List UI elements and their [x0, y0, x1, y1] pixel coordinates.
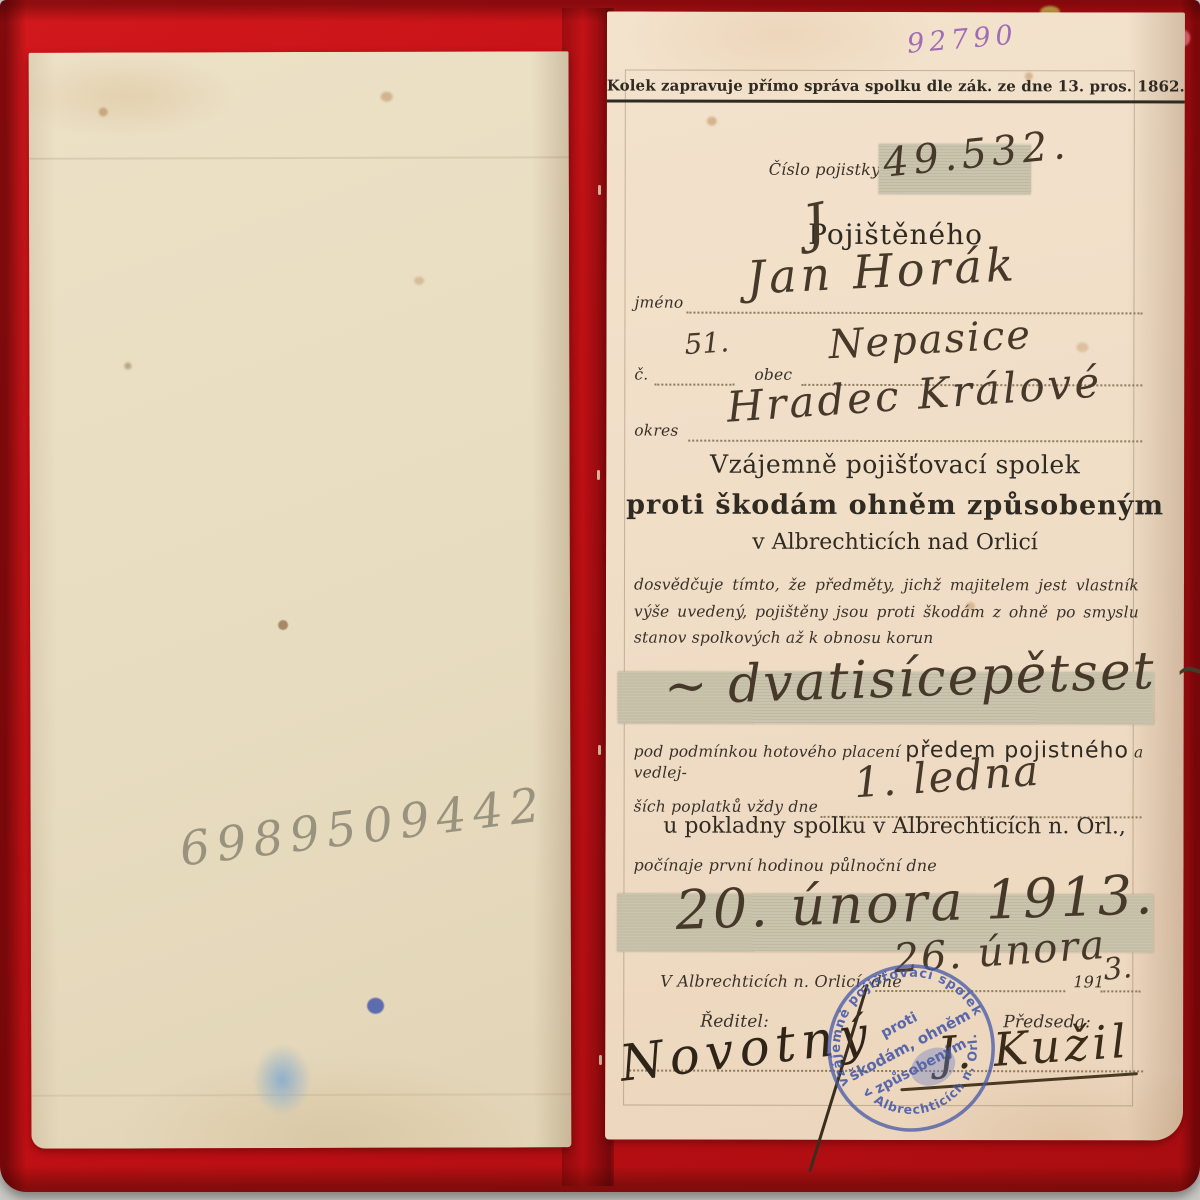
ink-stain-small — [367, 998, 384, 1014]
left-endpaper-page: 6989509442 — [29, 51, 572, 1148]
paper-crease — [29, 156, 569, 159]
foxing-stain — [1025, 72, 1033, 80]
obec-value: Nepasice — [828, 315, 1033, 365]
purple-number: 92790 — [906, 21, 1019, 57]
cashier-line: u pokladny spolku v Albrechticích n. Orl… — [606, 813, 1184, 839]
amount-row: ~ dvatisícepětset ~ — [606, 659, 1184, 732]
jmeno-value: Jan Horák — [746, 241, 1019, 301]
foxing-stain — [124, 362, 131, 369]
c-value: 51. — [684, 328, 730, 359]
binding-stitch — [599, 1055, 602, 1065]
foxing-stain — [707, 117, 717, 126]
binding-stitch — [597, 470, 600, 480]
certify-paragraph: dosvědčuje tímto, že předměty, jichž maj… — [634, 572, 1139, 653]
okres-row: Hradec Králové okres — [606, 371, 1184, 444]
org-name-line1: Vzájemně pojišťovací spolek — [606, 449, 1184, 479]
jmeno-row: Jan Horák jméno — [606, 247, 1184, 318]
due-date-value: 1. ledna — [852, 750, 1041, 805]
policy-number-row: Číslo pojistky 49.532. — [607, 131, 1185, 192]
policy-form-page: 92790 Kolek zapravuje přímo správa spolk… — [605, 11, 1185, 1140]
jmeno-label: jméno — [634, 294, 683, 312]
foxing-stain — [414, 277, 424, 285]
foxing-stain — [1076, 342, 1088, 352]
jmeno-line — [686, 296, 1142, 315]
issue-year-line — [1100, 974, 1140, 992]
header-note: Kolek zapravuje přímo správa spolku dle … — [607, 75, 1185, 103]
org-name-line2: proti škodám ohněm způsobeným — [606, 489, 1184, 521]
okres-label: okres — [634, 422, 678, 440]
ink-stain-large — [253, 1044, 311, 1116]
foxing-stain — [99, 108, 108, 117]
header-note-text: Kolek zapravuje přímo správa spolku dle … — [607, 76, 1185, 103]
binding-stitch — [598, 745, 601, 755]
okres-value: Hradec Králové — [725, 361, 1103, 428]
org-name-line3: v Albrechticích nad Orlicí — [606, 529, 1184, 555]
policy-number-label: Číslo pojistky — [769, 160, 881, 179]
binding-stitch — [598, 185, 601, 195]
okres-line — [688, 424, 1142, 443]
pencil-number: 6989509442 — [177, 781, 549, 874]
foxing-stain — [966, 602, 975, 610]
foxing-stain — [381, 92, 393, 102]
foxing-stain — [278, 620, 288, 630]
policy-number-value: 49.532. — [881, 125, 1072, 184]
